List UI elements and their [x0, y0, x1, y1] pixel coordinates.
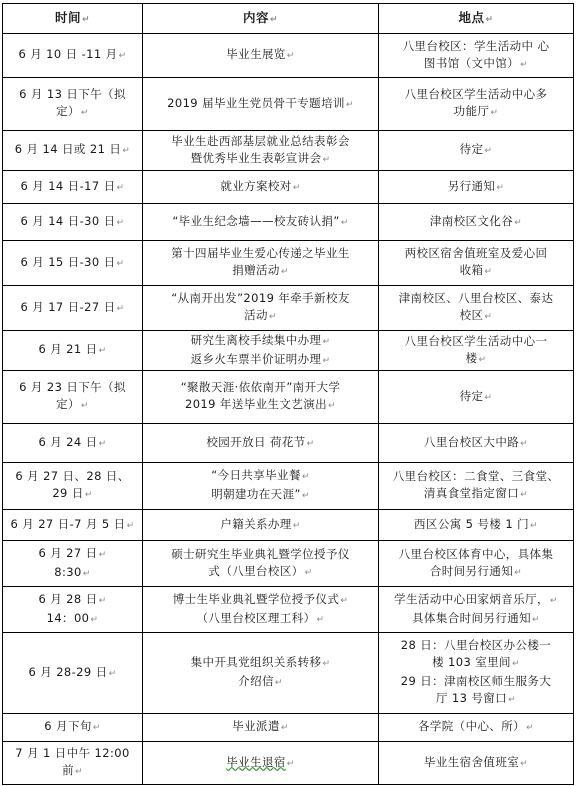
cell-content: “聚散天涯·依依南开”南开大学2019 年送毕业生文艺演出↵ — [143, 371, 379, 424]
time-text: 14：00↵ — [7, 610, 138, 629]
paragraph-mark-icon: ↵ — [127, 521, 135, 531]
content-line: （八里台校区理工科） — [197, 611, 316, 625]
cell-time: 6 月 15 日-30 日↵ — [3, 241, 143, 286]
cell-time: 6 月 27 日、28 日、29 日↵ — [3, 463, 143, 510]
paragraph-mark-icon: ↵ — [287, 51, 295, 61]
time-line: 6 月 15 日-30 日 — [20, 255, 115, 269]
content-line: 硕士研究生毕业典礼暨学位授予仪 — [171, 547, 350, 561]
cell-place: 八里台校区大中路↵ — [379, 424, 574, 463]
content-text: “从南开出发”2019 年牵手新校友 — [147, 290, 374, 307]
cell-time: 6 月 21 日↵ — [3, 331, 143, 371]
place-text: 收箱↵ — [383, 262, 569, 281]
table-row: 7 月 1 日中午 12:00前↵毕业生退宿↵毕业生宿舍值班室↵ — [3, 742, 574, 785]
time-text: 8:30↵ — [7, 564, 138, 583]
time-line: 6 月 23 日下午（拟 — [19, 380, 126, 394]
time-line: 6 月 14 日-17 日 — [20, 179, 115, 193]
content-text: 毕业派遣↵ — [147, 718, 374, 737]
table-row: 6 月 27 日、28 日、29 日↵“今日共享毕业餐↵明朝建功在天涯”↵八里台… — [3, 463, 574, 510]
time-line: 6 月 24 日 — [38, 435, 97, 449]
content-line: 毕业生赴西部基层就业总结表彰会 — [171, 134, 350, 148]
time-line: 7 月 1 日中午 12:00 — [15, 746, 129, 760]
place-text: 学生活动中心田家炳音乐厅，↵ — [383, 591, 569, 610]
paragraph-mark-icon: ↵ — [122, 146, 130, 156]
paragraph-mark-icon: ↵ — [550, 596, 558, 606]
time-line: 6 月 17 日-27 日 — [20, 300, 115, 314]
place-line: 待定 — [460, 142, 484, 156]
place-text: 毕业生宿舍值班室↵ — [383, 754, 569, 773]
place-text: 八里台校区大中路↵ — [383, 434, 569, 453]
table-row: 6 月 14 日-17 日↵就业方案校对↵另行通知↵ — [3, 171, 574, 204]
place-line: 学生活动中心田家炳音乐厅， — [394, 592, 549, 606]
paragraph-mark-icon: ↵ — [90, 615, 98, 625]
paragraph-mark-icon: ↵ — [341, 218, 349, 228]
cell-place: 西区公寓 5 号楼 1 门↵ — [379, 510, 574, 541]
place-text: 八里台校区：二食堂、三食堂、 — [383, 468, 569, 485]
place-line: 厅 13 号窗口 — [436, 691, 507, 705]
place-line: 清真食堂指定窗口 — [424, 486, 519, 500]
paragraph-mark-icon: ↵ — [485, 15, 493, 25]
paragraph-mark-icon: ↵ — [99, 596, 107, 606]
place-text: 28 日：八里台校区办公楼一 — [383, 637, 569, 654]
paragraph-mark-icon: ↵ — [514, 568, 522, 578]
paragraph-mark-icon: ↵ — [302, 472, 310, 482]
content-text: 2019 年送毕业生文艺演出↵ — [147, 396, 374, 415]
time-text: 6 月 17 日-27 日↵ — [7, 299, 138, 318]
paragraph-mark-icon: ↵ — [81, 401, 89, 411]
place-text: 待定↵ — [383, 141, 569, 160]
time-text: 6 月 24 日↵ — [7, 434, 138, 453]
paragraph-mark-icon: ↵ — [322, 356, 330, 366]
paragraph-mark-icon: ↵ — [109, 669, 117, 679]
place-text: 八里台校区体育中心，具体集 — [383, 546, 569, 563]
cell-content: 硕士研究生毕业典礼暨学位授予仪式（八里台校区）↵ — [143, 541, 379, 587]
paragraph-mark-icon: ↵ — [484, 393, 492, 403]
place-text: 津南校区、八里台校区、泰达 — [383, 290, 569, 307]
place-line: 收箱 — [460, 263, 484, 277]
place-text: 功能厅↵ — [383, 103, 569, 122]
place-line: 津南校区文化谷 — [430, 214, 513, 228]
paragraph-mark-icon: ↵ — [287, 759, 295, 769]
content-text: “今日共享毕业餐↵ — [147, 467, 374, 486]
content-line: 第十四届毕业生爱心传递之毕业生 — [171, 246, 350, 260]
content-text: 毕业生赴西部基层就业总结表彰会 — [147, 133, 374, 150]
paragraph-mark-icon: ↵ — [99, 550, 107, 560]
time-line: 14：00 — [47, 611, 90, 625]
content-line: 博士生毕业典礼暨学位授予仪式 — [173, 592, 340, 606]
place-line: 待定 — [460, 389, 484, 403]
cell-content: “毕业生纪念墙——校友砖认捐”↵ — [143, 204, 379, 241]
content-line: 户籍关系办理 — [220, 517, 291, 531]
paragraph-mark-icon: ↵ — [81, 108, 89, 118]
place-line: 两校区宿舍值班室及爱心回 — [405, 246, 548, 260]
cell-time: 6 月 10 日 -11 月↵ — [3, 34, 143, 78]
time-text: 前↵ — [7, 762, 138, 781]
place-line: 西区公寓 5 号楼 1 门 — [414, 517, 529, 531]
content-text: 户籍关系办理↵ — [147, 516, 374, 535]
cell-content: 集中开具党组织关系转移↵介绍信↵ — [143, 633, 379, 714]
content-line: 毕业生退宿 — [226, 755, 286, 769]
time-line: 29 日 — [52, 486, 83, 500]
place-line: 具体集合时间另行通知 — [412, 611, 531, 625]
place-line: 合时间另行通知 — [430, 564, 513, 578]
cell-place: 待定↵ — [379, 131, 574, 171]
place-text: 清真食堂指定窗口↵ — [383, 485, 569, 504]
paragraph-mark-icon: ↵ — [307, 439, 315, 449]
cell-place: 津南校区文化谷↵ — [379, 204, 574, 241]
time-text: 7 月 1 日中午 12:00 — [7, 745, 138, 762]
place-text: 楼↵ — [383, 350, 569, 369]
cell-place: 津南校区、八里台校区、泰达校区↵ — [379, 286, 574, 331]
paragraph-mark-icon: ↵ — [117, 259, 125, 269]
cell-content: 研究生离校手续集中办理↵返乡火车票半价证明办理↵ — [143, 331, 379, 371]
content-text: 毕业生退宿↵ — [147, 754, 374, 773]
content-text: “聚散天涯·依依南开”南开大学 — [147, 379, 374, 396]
content-line: 2019 届毕业生党员骨干专题培训 — [167, 96, 345, 110]
time-line: 定） — [56, 397, 80, 411]
paragraph-mark-icon: ↵ — [532, 615, 540, 625]
table-row: 6 月下旬↵毕业派遣↵各学院（中心、所）↵ — [3, 714, 574, 742]
table-row: 6 月 14 日-30 日↵“毕业生纪念墙——校友砖认捐”↵津南校区文化谷↵ — [3, 204, 574, 241]
content-line: 就业方案校对 — [220, 179, 291, 193]
time-text: 6 月 28 日↵ — [7, 591, 138, 610]
place-line: 八里台校区：学生活动中 心 — [403, 39, 550, 53]
place-line: 八里台校区大中路 — [424, 435, 519, 449]
place-text: 另行通知↵ — [383, 178, 569, 197]
cell-time: 6 月 24 日↵ — [3, 424, 143, 463]
content-line: 返乡火车票半价证明办理 — [191, 352, 322, 366]
time-text: 6 月下旬↵ — [7, 718, 138, 737]
paragraph-mark-icon: ↵ — [322, 155, 330, 165]
place-text: 校区↵ — [383, 307, 569, 326]
cell-time: 6 月 14 日-17 日↵ — [3, 171, 143, 204]
place-line: 八里台校区体育中心，具体集 — [399, 547, 554, 561]
content-text: 硕士研究生毕业典礼暨学位授予仪 — [147, 546, 374, 563]
content-text: 2019 届毕业生党员骨干专题培训↵ — [147, 95, 374, 114]
paragraph-mark-icon: ↵ — [302, 491, 310, 501]
paragraph-mark-icon: ↵ — [346, 100, 354, 110]
cell-time: 6 月 23 日下午（拟定）↵ — [3, 371, 143, 424]
paragraph-mark-icon: ↵ — [340, 596, 348, 606]
place-text: 八里台校区学生活动中心多 — [383, 86, 569, 103]
time-line: 6 月 28-29 日 — [28, 665, 107, 679]
place-line: 八里台校区学生活动中心多 — [405, 87, 548, 101]
cell-content: 2019 届毕业生党员骨干专题培训↵ — [143, 78, 379, 131]
paragraph-mark-icon: ↵ — [93, 723, 101, 733]
paragraph-mark-icon: ↵ — [99, 439, 107, 449]
time-line: 6 月 28 日 — [38, 592, 97, 606]
place-text: 待定↵ — [383, 388, 569, 407]
header-content: 内容↵ — [143, 4, 379, 34]
place-text: 津南校区文化谷↵ — [383, 213, 569, 232]
cell-content: 第十四届毕业生爱心传递之毕业生捐赠活动↵ — [143, 241, 379, 286]
paragraph-mark-icon: ↵ — [322, 337, 330, 347]
time-text: 6 月 27 日↵ — [7, 545, 138, 564]
place-text: 楼 103 室里间↵ — [383, 654, 569, 673]
table-row: 6 月 23 日下午（拟定）↵“聚散天涯·依依南开”南开大学2019 年送毕业生… — [3, 371, 574, 424]
content-text: 第十四届毕业生爱心传递之毕业生 — [147, 245, 374, 262]
content-line: 2019 年送毕业生文艺演出 — [185, 397, 327, 411]
content-line: 介绍信 — [238, 674, 274, 688]
paragraph-mark-icon: ↵ — [281, 267, 289, 277]
cell-time: 7 月 1 日中午 12:00前↵ — [3, 742, 143, 785]
content-line: 明朝建功在天涯” — [211, 487, 301, 501]
place-line: 另行通知 — [448, 179, 496, 193]
place-line: 29 日：津南校区师生服务大 — [401, 674, 551, 688]
place-line: 毕业生宿舍值班室 — [424, 755, 519, 769]
cell-time: 6 月 27 日↵8:30↵ — [3, 541, 143, 587]
place-text: 八里台校区学生活动中心一 — [383, 333, 569, 350]
paragraph-mark-icon: ↵ — [508, 695, 516, 705]
content-line: 暨优秀毕业生表彰宣讲会 — [191, 151, 322, 165]
table-row: 6 月 15 日-30 日↵第十四届毕业生爱心传递之毕业生捐赠活动↵两校区宿舍值… — [3, 241, 574, 286]
table-row: 6 月 13 日下午（拟定）↵2019 届毕业生党员骨干专题培训↵八里台校区学生… — [3, 78, 574, 131]
content-line: 集中开具党组织关系转移 — [191, 655, 322, 669]
cell-place: 八里台校区学生活动中心多功能厅↵ — [379, 78, 574, 131]
cell-place: 八里台校区学生活动中心一楼↵ — [379, 331, 574, 371]
time-text: 6 月 13 日下午（拟 — [7, 86, 138, 103]
paragraph-mark-icon: ↵ — [328, 401, 336, 411]
time-line: 定） — [56, 104, 80, 118]
content-text: 校园开放日 荷花节↵ — [147, 434, 374, 453]
table-row: 6 月 27 日↵8:30↵硕士研究生毕业典礼暨学位授予仪式（八里台校区）↵八里… — [3, 541, 574, 587]
paragraph-mark-icon: ↵ — [99, 346, 107, 356]
paragraph-mark-icon: ↵ — [75, 767, 83, 777]
place-line: 楼 103 室里间 — [432, 655, 511, 669]
table-row: 6 月 24 日↵校园开放日 荷花节↵八里台校区大中路↵ — [3, 424, 574, 463]
time-text: 6 月 23 日下午（拟 — [7, 379, 138, 396]
paragraph-mark-icon: ↵ — [305, 568, 313, 578]
paragraph-mark-icon: ↵ — [281, 723, 289, 733]
cell-content: 户籍关系办理↵ — [143, 510, 379, 541]
content-text: 捐赠活动↵ — [147, 262, 374, 281]
time-line: 6 月下旬 — [44, 719, 91, 733]
content-text: 博士生毕业典礼暨学位授予仪式↵ — [147, 591, 374, 610]
content-text: 集中开具党组织关系转移↵ — [147, 654, 374, 673]
paragraph-mark-icon: ↵ — [270, 15, 278, 25]
cell-content: 校园开放日 荷花节↵ — [143, 424, 379, 463]
cell-content: “从南开出发”2019 年牵手新校友活动↵ — [143, 286, 379, 331]
cell-place: 待定↵ — [379, 371, 574, 424]
content-text: 返乡火车票半价证明办理↵ — [147, 351, 374, 370]
place-line: 各学院（中心、所） — [418, 719, 525, 733]
paragraph-mark-icon: ↵ — [520, 60, 528, 70]
cell-place: 八里台校区体育中心，具体集合时间另行通知↵ — [379, 541, 574, 587]
time-text: 6 月 21 日↵ — [7, 341, 138, 360]
cell-place: 八里台校区：二食堂、三食堂、清真食堂指定窗口↵ — [379, 463, 574, 510]
cell-content: 就业方案校对↵ — [143, 171, 379, 204]
time-text: 6 月 28-29 日↵ — [7, 664, 138, 683]
place-text: 各学院（中心、所）↵ — [383, 718, 569, 737]
place-line: 津南校区、八里台校区、泰达 — [399, 291, 554, 305]
place-text: 西区公寓 5 号楼 1 门↵ — [383, 516, 569, 535]
place-text: 两校区宿舍值班室及爱心回 — [383, 245, 569, 262]
paragraph-mark-icon: ↵ — [484, 267, 492, 277]
time-text: 定）↵ — [7, 396, 138, 415]
paragraph-mark-icon: ↵ — [117, 304, 125, 314]
place-text: 图书馆（文中馆）↵ — [383, 55, 569, 74]
cell-time: 6 月 28-29 日↵ — [3, 633, 143, 714]
content-line: “聚散天涯·依依南开”南开大学 — [181, 380, 341, 394]
content-line: 校园开放日 荷花节 — [206, 435, 305, 449]
place-text: 合时间另行通知↵ — [383, 563, 569, 582]
time-line: 6 月 27 日、28 日、 — [15, 469, 129, 483]
cell-content: 毕业派遣↵ — [143, 714, 379, 742]
cell-place: 28 日：八里台校区办公楼一楼 103 室里间↵29 日：津南校区师生服务大厅 … — [379, 633, 574, 714]
time-line: 6 月 27 日 — [38, 546, 97, 560]
time-line: 6 月 21 日 — [38, 342, 97, 356]
place-text: 八里台校区：学生活动中 心 — [383, 38, 569, 55]
paragraph-mark-icon: ↵ — [269, 312, 277, 322]
time-text: 6 月 14 日-17 日↵ — [7, 178, 138, 197]
cell-content: 博士生毕业典礼暨学位授予仪式↵（八里台校区理工科）↵ — [143, 587, 379, 633]
content-line: 捐赠活动 — [232, 263, 280, 277]
paragraph-mark-icon: ↵ — [514, 218, 522, 228]
paragraph-mark-icon: ↵ — [117, 218, 125, 228]
cell-content: 毕业生退宿↵ — [143, 742, 379, 785]
time-line: 6 月 14 日-30 日 — [20, 214, 115, 228]
cell-time: 6 月 28 日↵14：00↵ — [3, 587, 143, 633]
time-text: 6 月 27 日、28 日、 — [7, 468, 138, 485]
content-text: 毕业生展览↵ — [147, 46, 374, 65]
table-row: 6 月 27 日-7 月 5 日↵户籍关系办理↵西区公寓 5 号楼 1 门↵ — [3, 510, 574, 541]
place-line: 校区 — [460, 308, 484, 322]
cell-time: 6 月 14 日-30 日↵ — [3, 204, 143, 241]
paragraph-mark-icon: ↵ — [520, 439, 528, 449]
paragraph-mark-icon: ↵ — [293, 521, 301, 531]
place-line: 图书馆（文中馆） — [424, 56, 519, 70]
cell-content: 毕业生展览↵ — [143, 34, 379, 78]
paragraph-mark-icon: ↵ — [530, 521, 538, 531]
paragraph-mark-icon: ↵ — [117, 183, 125, 193]
time-text: 6 月 27 日-7 月 5 日↵ — [7, 516, 138, 535]
table-row: 6 月 14 日或 21 日↵毕业生赴西部基层就业总结表彰会暨优秀毕业生表彰宣讲… — [3, 131, 574, 171]
time-line: 前 — [62, 763, 74, 777]
content-text: 研究生离校手续集中办理↵ — [147, 332, 374, 351]
place-text: 29 日：津南校区师生服务大 — [383, 673, 569, 690]
time-text: 定）↵ — [7, 103, 138, 122]
content-text: 介绍信↵ — [147, 673, 374, 692]
cell-place: 另行通知↵ — [379, 171, 574, 204]
time-text: 29 日↵ — [7, 485, 138, 504]
time-text: 6 月 10 日 -11 月↵ — [7, 46, 138, 65]
cell-place: 学生活动中心田家炳音乐厅，↵具体集合时间另行通知↵ — [379, 587, 574, 633]
paragraph-mark-icon: ↵ — [275, 678, 283, 688]
paragraph-mark-icon: ↵ — [317, 615, 325, 625]
content-line: 毕业派遣 — [232, 719, 280, 733]
content-line: 研究生离校手续集中办理 — [191, 333, 322, 347]
table-row: 6 月 28-29 日↵集中开具党组织关系转移↵介绍信↵28 日：八里台校区办公… — [3, 633, 574, 714]
place-line: 八里台校区：二食堂、三食堂、 — [393, 469, 560, 483]
table-row: 6 月 10 日 -11 月↵毕业生展览↵八里台校区：学生活动中 心图书馆（文中… — [3, 34, 574, 78]
content-text: 活动↵ — [147, 307, 374, 326]
place-text: 厅 13 号窗口↵ — [383, 690, 569, 709]
cell-content: “今日共享毕业餐↵明朝建功在天涯”↵ — [143, 463, 379, 510]
cell-place: 八里台校区：学生活动中 心图书馆（文中馆）↵ — [379, 34, 574, 78]
paragraph-mark-icon: ↵ — [526, 723, 534, 733]
paragraph-mark-icon: ↵ — [496, 183, 504, 193]
content-line: 毕业生展览 — [226, 47, 286, 61]
content-line: 式（八里台校区） — [208, 564, 303, 578]
content-line: “毕业生纪念墙——校友砖认捐” — [172, 214, 339, 228]
graduation-schedule-table: 时间↵ 内容↵ 地点↵ 6 月 10 日 -11 月↵毕业生展览↵八里台校区：学… — [2, 3, 574, 785]
time-text: 6 月 14 日-30 日↵ — [7, 213, 138, 232]
time-line: 6 月 14 日或 21 日 — [15, 142, 121, 156]
content-text: 就业方案校对↵ — [147, 178, 374, 197]
cell-content: 毕业生赴西部基层就业总结表彰会暨优秀毕业生表彰宣讲会↵ — [143, 131, 379, 171]
content-text: （八里台校区理工科）↵ — [147, 610, 374, 629]
content-line: “今日共享毕业餐 — [211, 468, 301, 482]
paragraph-mark-icon: ↵ — [484, 312, 492, 322]
cell-time: 6 月 27 日-7 月 5 日↵ — [3, 510, 143, 541]
paragraph-mark-icon: ↵ — [520, 759, 528, 769]
paragraph-mark-icon: ↵ — [322, 659, 330, 669]
header-row: 时间↵ 内容↵ 地点↵ — [3, 4, 574, 34]
cell-place: 各学院（中心、所）↵ — [379, 714, 574, 742]
cell-time: 6 月 17 日-27 日↵ — [3, 286, 143, 331]
paragraph-mark-icon: ↵ — [478, 355, 486, 365]
table-row: 6 月 28 日↵14：00↵博士生毕业典礼暨学位授予仪式↵（八里台校区理工科）… — [3, 587, 574, 633]
content-text: “毕业生纪念墙——校友砖认捐”↵ — [147, 213, 374, 232]
paragraph-mark-icon: ↵ — [484, 146, 492, 156]
paragraph-mark-icon: ↵ — [490, 108, 498, 118]
paragraph-mark-icon: ↵ — [85, 490, 93, 500]
place-line: 楼 — [466, 351, 478, 365]
paragraph-mark-icon: ↵ — [82, 15, 90, 25]
table-row: 6 月 21 日↵研究生离校手续集中办理↵返乡火车票半价证明办理↵八里台校区学生… — [3, 331, 574, 371]
paragraph-mark-icon: ↵ — [293, 183, 301, 193]
cell-time: 6 月 14 日或 21 日↵ — [3, 131, 143, 171]
table-row: 6 月 17 日-27 日↵“从南开出发”2019 年牵手新校友活动↵津南校区、… — [3, 286, 574, 331]
place-line: 功能厅 — [454, 104, 490, 118]
content-line: 活动 — [244, 308, 268, 322]
header-time: 时间↵ — [3, 4, 143, 34]
paragraph-mark-icon: ↵ — [83, 569, 91, 579]
cell-place: 两校区宿舍值班室及爱心回收箱↵ — [379, 241, 574, 286]
place-text: 具体集合时间另行通知↵ — [383, 610, 569, 629]
cell-place: 毕业生宿舍值班室↵ — [379, 742, 574, 785]
paragraph-mark-icon: ↵ — [119, 51, 127, 61]
cell-time: 6 月下旬↵ — [3, 714, 143, 742]
paragraph-mark-icon: ↵ — [520, 490, 528, 500]
time-line: 8:30 — [54, 565, 81, 579]
schedule-body: 6 月 10 日 -11 月↵毕业生展览↵八里台校区：学生活动中 心图书馆（文中… — [3, 34, 574, 785]
place-line: 28 日：八里台校区办公楼一 — [401, 638, 551, 652]
place-line: 八里台校区学生活动中心一 — [405, 334, 548, 348]
time-text: 6 月 15 日-30 日↵ — [7, 254, 138, 273]
header-place: 地点↵ — [379, 4, 574, 34]
content-text: 明朝建功在天涯”↵ — [147, 486, 374, 505]
content-text: 式（八里台校区）↵ — [147, 563, 374, 582]
content-text: 暨优秀毕业生表彰宣讲会↵ — [147, 150, 374, 169]
time-line: 6 月 10 日 -11 月 — [18, 47, 117, 61]
time-line: 6 月 13 日下午（拟 — [19, 87, 126, 101]
time-line: 6 月 27 日-7 月 5 日 — [10, 517, 125, 531]
time-text: 6 月 14 日或 21 日↵ — [7, 141, 138, 160]
paragraph-mark-icon: ↵ — [512, 659, 520, 669]
cell-time: 6 月 13 日下午（拟定）↵ — [3, 78, 143, 131]
content-line: “从南开出发”2019 年牵手新校友 — [171, 291, 350, 305]
